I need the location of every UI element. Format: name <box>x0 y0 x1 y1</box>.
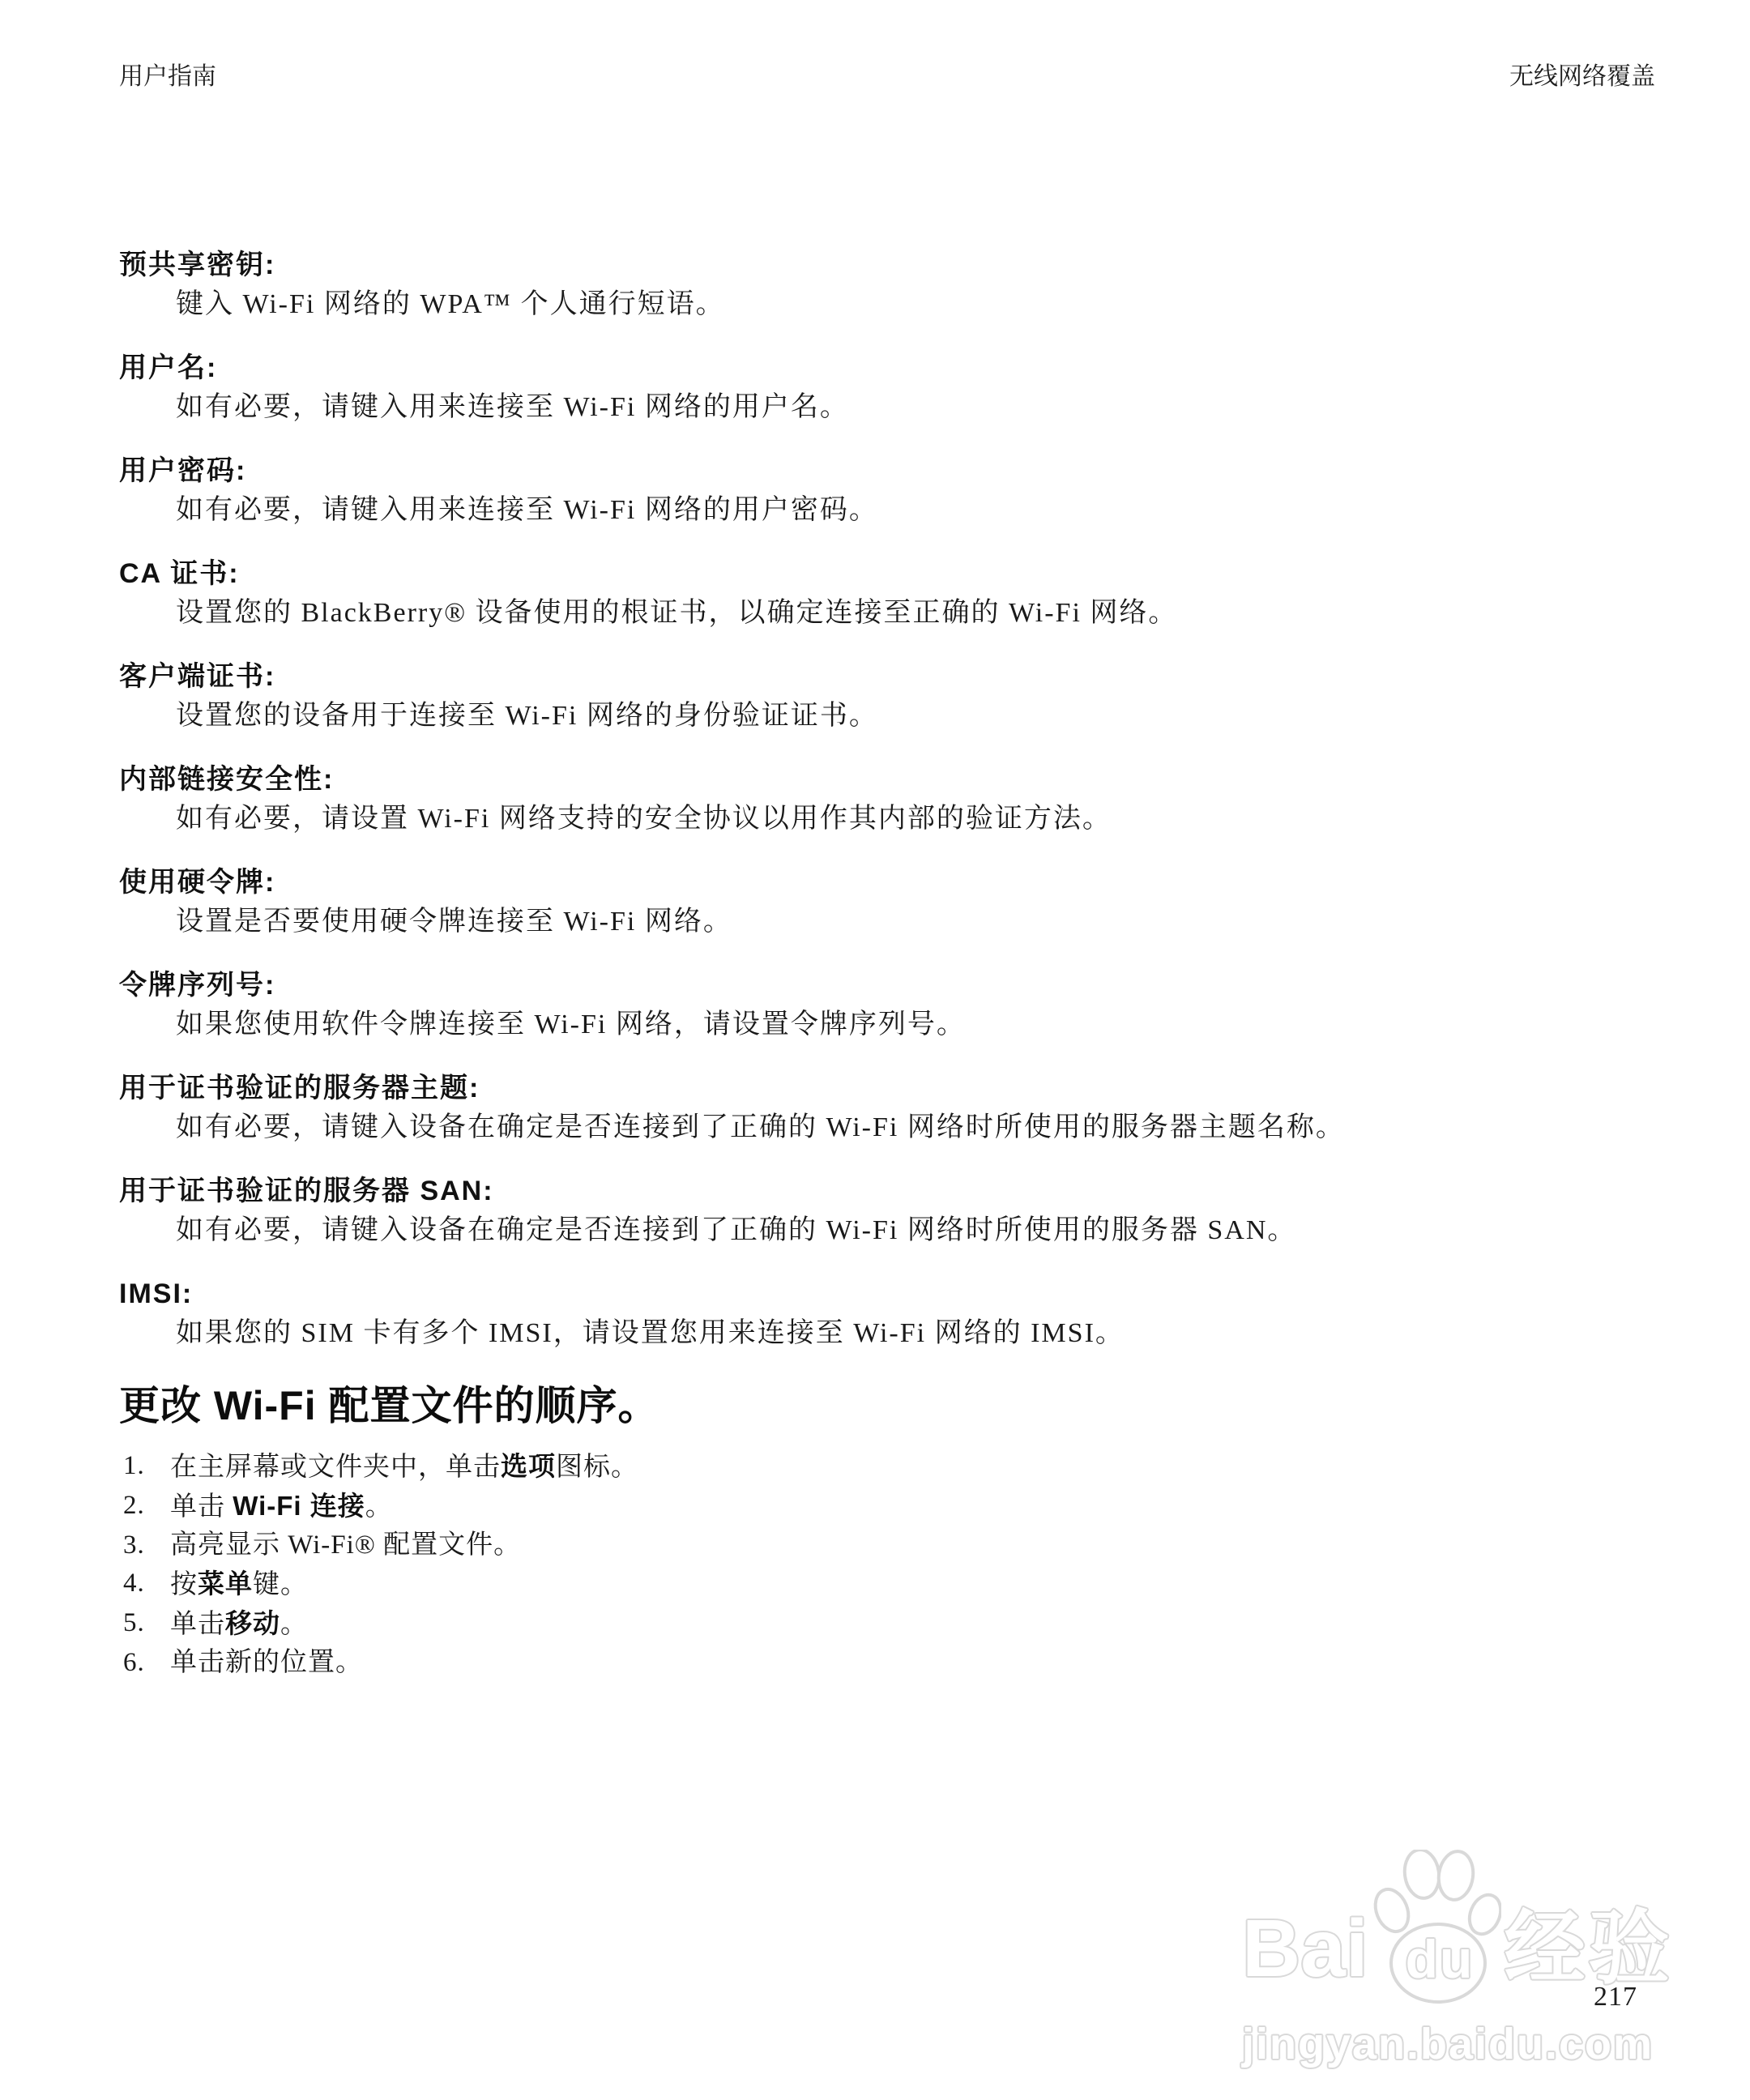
baidu-paw-icon: du <box>1372 1850 1501 1997</box>
definition-term: 用于证书验证的服务器主题: <box>119 1070 1655 1106</box>
step-text: 按菜单键。 <box>170 1564 1655 1604</box>
definition-term: IMSI: <box>119 1276 1655 1312</box>
definition-description: 如有必要，请键入设备在确定是否连接到了正确的 Wi-Fi 网络时所使用的服务器主… <box>176 1110 1655 1146</box>
definition-description: 如果您的 SIM 卡有多个 IMSI，请设置您用来连接至 Wi-Fi 网络的 I… <box>176 1316 1655 1351</box>
header-left-title: 用户指南 <box>119 63 216 91</box>
page-number: 217 <box>1594 1982 1637 2012</box>
step-number: 4. <box>119 1564 170 1604</box>
definition-term: 使用硬令牌: <box>119 864 1655 900</box>
step-text: 单击 Wi-Fi 连接。 <box>170 1487 1655 1526</box>
step-item: 5. 单击移动。 <box>119 1604 1655 1644</box>
definition-description: 如有必要，请键入设备在确定是否连接到了正确的 Wi-Fi 网络时所使用的服务器 … <box>176 1213 1655 1248</box>
definition-term: 用户名: <box>119 350 1655 386</box>
section-title: 更改 Wi-Fi 配置文件的顺序。 <box>119 1380 1655 1432</box>
watermark-url: jingyan.baidu.com <box>1242 2020 1673 2068</box>
definition-item: 客户端证书: 设置您的设备用于连接至 Wi-Fi 网络的身份验证证书。 <box>119 659 1655 734</box>
definition-item: 预共享密钥: 键入 Wi-Fi 网络的 WPA™ 个人通行短语。 <box>119 247 1655 322</box>
definition-item: 使用硬令牌: 设置是否要使用硬令牌连接至 Wi-Fi 网络。 <box>119 864 1655 940</box>
step-item: 6. 单击新的位置。 <box>119 1644 1655 1682</box>
definition-item: 用于证书验证的服务器主题: 如有必要，请键入设备在确定是否连接到了正确的 Wi-… <box>119 1070 1655 1146</box>
watermark-logo-row: Bai du 经验 <box>1242 1842 1673 1989</box>
definition-term: 用户密码: <box>119 453 1655 489</box>
definition-item: IMSI: 如果您的 SIM 卡有多个 IMSI，请设置您用来连接至 Wi-Fi… <box>119 1276 1655 1351</box>
step-text: 高亮显示 Wi-Fi® 配置文件。 <box>170 1526 1655 1564</box>
baidu-jingyan-watermark: Bai du 经验 jingyan.baidu.com <box>1242 1842 1673 2068</box>
step-item: 4. 按菜单键。 <box>119 1564 1655 1604</box>
step-text: 单击移动。 <box>170 1604 1655 1644</box>
definition-item: CA 证书: 设置您的 BlackBerry® 设备使用的根证书，以确定连接至正… <box>119 556 1655 631</box>
definition-description: 如有必要，请键入用来连接至 Wi-Fi 网络的用户密码。 <box>176 493 1655 528</box>
definition-description: 设置是否要使用硬令牌连接至 Wi-Fi 网络。 <box>176 904 1655 940</box>
header-right-title: 无线网络覆盖 <box>1509 63 1655 91</box>
step-text: 在主屏幕或文件夹中，单击选项图标。 <box>170 1447 1655 1487</box>
definition-description: 如有必要，请设置 Wi-Fi 网络支持的安全协议以用作其内部的验证方法。 <box>176 801 1655 837</box>
definition-term: 令牌序列号: <box>119 967 1655 1003</box>
definition-term: 用于证书验证的服务器 SAN: <box>119 1173 1655 1209</box>
definition-item: 用户名: 如有必要，请键入用来连接至 Wi-Fi 网络的用户名。 <box>119 350 1655 425</box>
definition-description: 如果您使用软件令牌连接至 Wi-Fi 网络，请设置令牌序列号。 <box>176 1007 1655 1043</box>
step-number: 2. <box>119 1487 170 1526</box>
watermark-bai-text: Bai <box>1242 1908 1368 1989</box>
step-item: 1. 在主屏幕或文件夹中，单击选项图标。 <box>119 1447 1655 1487</box>
definition-item: 用户密码: 如有必要，请键入用来连接至 Wi-Fi 网络的用户密码。 <box>119 453 1655 528</box>
definition-description: 设置您的 BlackBerry® 设备使用的根证书，以确定连接至正确的 Wi-F… <box>176 595 1655 631</box>
watermark-jingyan-text: 经验 <box>1505 1908 1673 1989</box>
definition-item: 用于证书验证的服务器 SAN: 如有必要，请键入设备在确定是否连接到了正确的 W… <box>119 1173 1655 1248</box>
definition-description: 键入 Wi-Fi 网络的 WPA™ 个人通行短语。 <box>176 287 1655 322</box>
definition-term: CA 证书: <box>119 556 1655 591</box>
document-page: 用户指南 无线网络覆盖 预共享密钥: 键入 Wi-Fi 网络的 WPA™ 个人通… <box>0 0 1750 2100</box>
definition-description: 设置您的设备用于连接至 Wi-Fi 网络的身份验证证书。 <box>176 698 1655 734</box>
definition-term: 客户端证书: <box>119 659 1655 694</box>
step-number: 1. <box>119 1447 170 1487</box>
step-number: 5. <box>119 1604 170 1644</box>
steps-list: 1. 在主屏幕或文件夹中，单击选项图标。 2. 单击 Wi-Fi 连接。 3. … <box>119 1447 1655 1682</box>
step-text: 单击新的位置。 <box>170 1644 1655 1682</box>
definition-description: 如有必要，请键入用来连接至 Wi-Fi 网络的用户名。 <box>176 390 1655 425</box>
definition-item: 内部链接安全性: 如有必要，请设置 Wi-Fi 网络支持的安全协议以用作其内部的… <box>119 762 1655 837</box>
step-number: 3. <box>119 1526 170 1564</box>
step-number: 6. <box>119 1644 170 1682</box>
watermark-du-text: du <box>1406 1932 1475 1986</box>
step-item: 2. 单击 Wi-Fi 连接。 <box>119 1487 1655 1526</box>
page-header: 用户指南 无线网络覆盖 <box>119 63 1655 91</box>
definition-term: 内部链接安全性: <box>119 762 1655 797</box>
definitions-list: 预共享密钥: 键入 Wi-Fi 网络的 WPA™ 个人通行短语。 用户名: 如有… <box>119 247 1655 1351</box>
definition-term: 预共享密钥: <box>119 247 1655 283</box>
step-item: 3. 高亮显示 Wi-Fi® 配置文件。 <box>119 1526 1655 1564</box>
definition-item: 令牌序列号: 如果您使用软件令牌连接至 Wi-Fi 网络，请设置令牌序列号。 <box>119 967 1655 1043</box>
